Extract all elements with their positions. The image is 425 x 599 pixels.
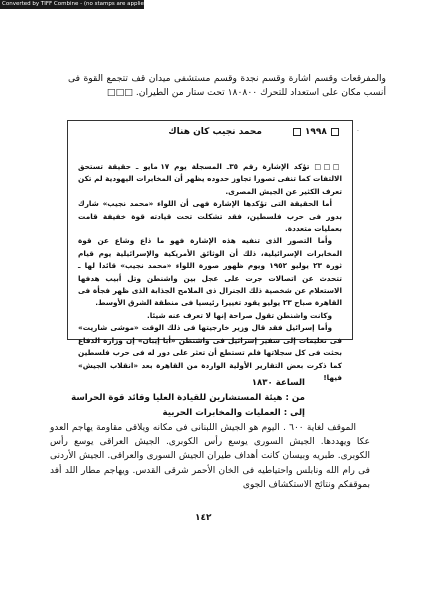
box-header: ١٩٩٨ محمد نجيب كان هناك — [68, 127, 352, 141]
box-year: ١٩٩٨ — [292, 127, 340, 137]
converter-banner: Converted by TIFF Combine - (no stamps a… — [0, 0, 144, 9]
memo-header: الساعة ١٨٣٠ من : هيئة المستشارين للقيادة… — [71, 376, 305, 421]
report-paragraph: الموقف لغاية ٦٠٠ . اليوم هو الجيش اللبنا… — [50, 421, 370, 492]
memo-to: إلى : العمليات والمخابرات الحربية — [71, 406, 305, 421]
box-body: □□□ تؤكد الإشارة رقم ٣٥ـ المسجلة يوم ١٧ … — [78, 161, 342, 384]
square-bullet-icon — [331, 128, 339, 136]
box-paragraph: وأما التصور الذى تنفيه هذه الإشارة فهو م… — [78, 235, 342, 309]
year-label: ١٩٩٨ — [305, 127, 327, 137]
square-bullet-icon — [293, 128, 301, 136]
memo-from: من : هيئة المستشارين للقيادة العليا وقائ… — [71, 391, 305, 406]
box-paragraph: أما الحقيقة التى تؤكدها الإشارة فهى أن ا… — [78, 198, 342, 235]
intro-paragraph: والمفرقعات وقسم اشارة وقسم نجدة وقسم مست… — [68, 72, 386, 100]
memo-time: الساعة ١٨٣٠ — [71, 376, 305, 391]
sidebar-box: ١٩٩٨ محمد نجيب كان هناك □□□ تؤكد الإشارة… — [67, 120, 353, 340]
situation-report: الموقف لغاية ٦٠٠ . اليوم هو الجيش اللبنا… — [50, 421, 370, 492]
box-paragraph: □□□ تؤكد الإشارة رقم ٣٥ـ المسجلة يوم ١٧ … — [78, 161, 342, 198]
box-paragraph: وكانت واشنطن تقول صراحة إنها لا تعرف عنه… — [78, 310, 342, 322]
box-paragraph: وأما إسرائيل فقد قال وزير خارجيتها فى ذل… — [78, 322, 342, 384]
page-number: ١٤٢ — [195, 513, 211, 523]
margin-mark: · — [357, 128, 359, 135]
box-title: محمد نجيب كان هناك — [168, 127, 262, 137]
